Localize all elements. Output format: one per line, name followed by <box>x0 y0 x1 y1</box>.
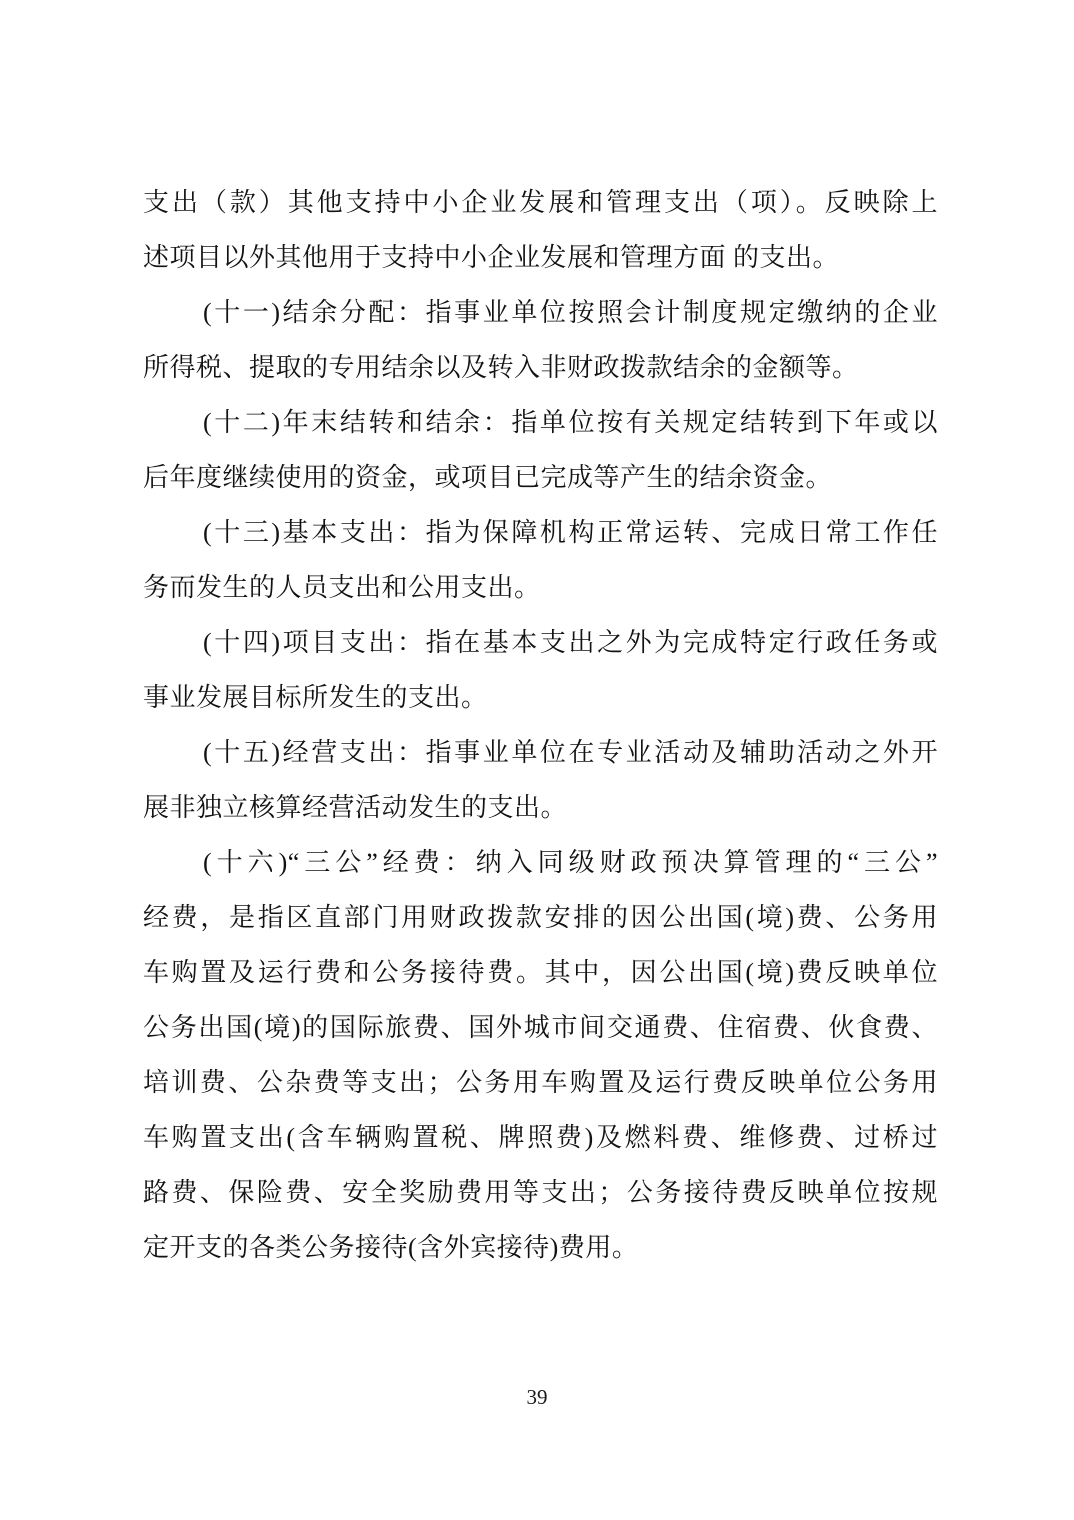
document-body: 支出（款）其他支持中小企业发展和管理支出（项）。反映除上述项目以外其他用于支持中… <box>143 175 938 1275</box>
para-15-operating-expenditure: (十五)经营支出：指事业单位在专业活动及辅助活动之外开展非独立核算经营活动发生的… <box>143 725 938 835</box>
text-line: (十六)“三公”经费：纳入同级财政预决算管理的“三公” <box>143 835 938 890</box>
text-line: 公务出国(境)的国际旅费、国外城市间交通费、住宿费、伙食费、 <box>143 1000 938 1055</box>
page-number: 39 <box>0 1382 1074 1412</box>
document-page: 支出（款）其他支持中小企业发展和管理支出（项）。反映除上述项目以外其他用于支持中… <box>0 0 1074 1520</box>
text-line: 路费、保险费、安全奖励费用等支出；公务接待费反映单位按规 <box>143 1165 938 1220</box>
text-line: 定开支的各类公务接待(含外宾接待)费用。 <box>143 1220 938 1275</box>
para-13-basic-expenditure: (十三)基本支出：指为保障机构正常运转、完成日常工作任务而发生的人员支出和公用支… <box>143 505 938 615</box>
text-line: (十二)年末结转和结余：指单位按有关规定结转到下年或以 <box>143 395 938 450</box>
text-line: 车购置支出(含车辆购置税、牌照费)及燃料费、维修费、过桥过 <box>143 1110 938 1165</box>
text-line: (十三)基本支出：指为保障机构正常运转、完成日常工作任 <box>143 505 938 560</box>
text-line: (十四)项目支出：指在基本支出之外为完成特定行政任务或 <box>143 615 938 670</box>
text-line: 车购置及运行费和公务接待费。其中，因公出国(境)费反映单位 <box>143 945 938 1000</box>
para-16-three-public-funds: (十六)“三公”经费：纳入同级财政预决算管理的“三公”经费，是指区直部门用财政拨… <box>143 835 938 1275</box>
para-other-sme-support-expenditure: 支出（款）其他支持中小企业发展和管理支出（项）。反映除上述项目以外其他用于支持中… <box>143 175 938 285</box>
para-12-year-end-carryover: (十二)年末结转和结余：指单位按有关规定结转到下年或以后年度继续使用的资金，或项… <box>143 395 938 505</box>
para-11-surplus-distribution: (十一)结余分配：指事业单位按照会计制度规定缴纳的企业所得税、提取的专用结余以及… <box>143 285 938 395</box>
text-line: 后年度继续使用的资金，或项目已完成等产生的结余资金。 <box>143 450 938 505</box>
text-line: 务而发生的人员支出和公用支出。 <box>143 560 938 615</box>
text-line: 支出（款）其他支持中小企业发展和管理支出（项）。反映除上 <box>143 175 938 230</box>
text-line: 所得税、提取的专用结余以及转入非财政拨款结余的金额等。 <box>143 340 938 395</box>
text-line: (十五)经营支出：指事业单位在专业活动及辅助活动之外开 <box>143 725 938 780</box>
text-line: (十一)结余分配：指事业单位按照会计制度规定缴纳的企业 <box>143 285 938 340</box>
text-line: 述项目以外其他用于支持中小企业发展和管理方面 的支出。 <box>143 230 938 285</box>
text-line: 事业发展目标所发生的支出。 <box>143 670 938 725</box>
text-line: 展非独立核算经营活动发生的支出。 <box>143 780 938 835</box>
text-line: 经费，是指区直部门用财政拨款安排的因公出国(境)费、公务用 <box>143 890 938 945</box>
para-14-project-expenditure: (十四)项目支出：指在基本支出之外为完成特定行政任务或事业发展目标所发生的支出。 <box>143 615 938 725</box>
text-line: 培训费、公杂费等支出；公务用车购置及运行费反映单位公务用 <box>143 1055 938 1110</box>
